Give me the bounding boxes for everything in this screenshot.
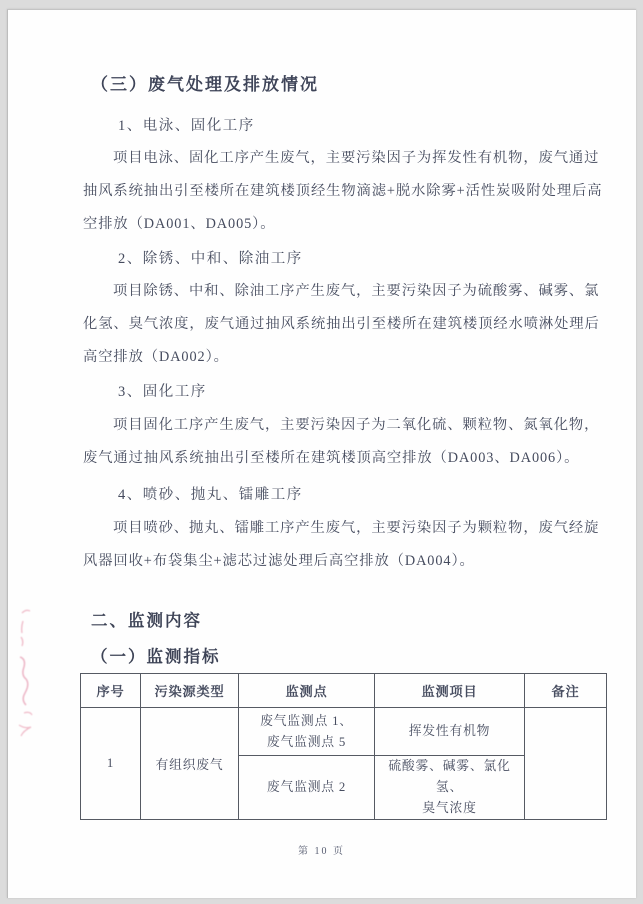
- cell-remark: [525, 708, 607, 820]
- cell-monitor-point-1: 废气监测点 1、 废气监测点 5: [239, 708, 375, 756]
- process-1-paragraph: 项目电泳、固化工序产生废气，主要污染因子为挥发性有机物，废气通过 抽风系统抽出引…: [83, 142, 628, 241]
- header-monitor-item: 监测项目: [375, 674, 525, 708]
- header-source-type: 污染源类型: [141, 674, 239, 708]
- paragraph-line: 抽风系统抽出引至楼所在建筑楼顶经生物滴滤+脱水除雾+活性炭吸附处理后高: [83, 175, 628, 208]
- ink-bleed-marks: [10, 595, 40, 765]
- process-2-paragraph: 项目除锈、中和、除油工序产生废气，主要污染因子为硫酸雾、碱雾、氯 化氢、臭气浓度…: [83, 275, 628, 374]
- section3-title: （三）废气处理及排放情况: [91, 72, 319, 98]
- paragraph-line: 项目固化工序产生废气，主要污染因子为二氧化硫、颗粒物、氮氧化物，: [83, 409, 628, 442]
- cell-source-type: 有组织废气: [141, 708, 239, 820]
- cell-monitor-point-2: 废气监测点 2: [239, 756, 375, 820]
- paragraph-line: 高空排放（DA002）。: [83, 341, 628, 374]
- paragraph-line: 空排放（DA001、DA005）。: [83, 208, 628, 241]
- process-4-paragraph: 项目喷砂、抛丸、镭雕工序产生废气，主要污染因子为颗粒物，废气经旋 风器回收+布袋…: [83, 512, 628, 578]
- page-number: 第 10 页: [0, 845, 643, 859]
- section2-1-subtitle: （一）监测指标: [91, 644, 221, 670]
- cell-monitor-item-2: 硫酸雾、碱雾、氯化氢、 臭气浓度: [375, 756, 525, 820]
- monitoring-indicator-table: 序号 污染源类型 监测点 监测项目 备注 1 有组织废气 废气监测点 1、 废气…: [80, 673, 607, 820]
- process-3-subtitle: 3、固化工序: [118, 376, 207, 409]
- paragraph-line: 项目喷砂、抛丸、镭雕工序产生废气，主要污染因子为颗粒物，废气经旋: [83, 512, 628, 545]
- table-header-row: 序号 污染源类型 监测点 监测项目 备注: [81, 674, 607, 708]
- process-4-subtitle: 4、喷砂、抛丸、镭雕工序: [118, 479, 303, 512]
- table-row: 1 有组织废气 废气监测点 1、 废气监测点 5 挥发性有机物: [81, 708, 607, 756]
- cell-monitor-item-1: 挥发性有机物: [375, 708, 525, 756]
- cell-seq: 1: [81, 708, 141, 820]
- header-monitor-point: 监测点: [239, 674, 375, 708]
- header-seq: 序号: [81, 674, 141, 708]
- process-1-subtitle: 1、电泳、固化工序: [118, 110, 255, 143]
- section2-title: 二、监测内容: [91, 608, 202, 634]
- process-2-subtitle: 2、除锈、中和、除油工序: [118, 243, 303, 276]
- paragraph-line: 风器回收+布袋集尘+滤芯过滤处理后高空排放（DA004）。: [83, 545, 628, 578]
- paragraph-line: 废气通过抽风系统抽出引至楼所在建筑楼顶高空排放（DA003、DA006）。: [83, 442, 628, 475]
- paragraph-line: 项目电泳、固化工序产生废气，主要污染因子为挥发性有机物，废气通过: [83, 142, 628, 175]
- header-remark: 备注: [525, 674, 607, 708]
- process-3-paragraph: 项目固化工序产生废气，主要污染因子为二氧化硫、颗粒物、氮氧化物， 废气通过抽风系…: [83, 409, 628, 475]
- document-page: （三）废气处理及排放情况 1、电泳、固化工序 项目电泳、固化工序产生废气，主要污…: [7, 9, 636, 898]
- paragraph-line: 项目除锈、中和、除油工序产生废气，主要污染因子为硫酸雾、碱雾、氯: [83, 275, 628, 308]
- paragraph-line: 化氢、臭气浓度，废气通过抽风系统抽出引至楼所在建筑楼顶经水喷淋处理后: [83, 308, 628, 341]
